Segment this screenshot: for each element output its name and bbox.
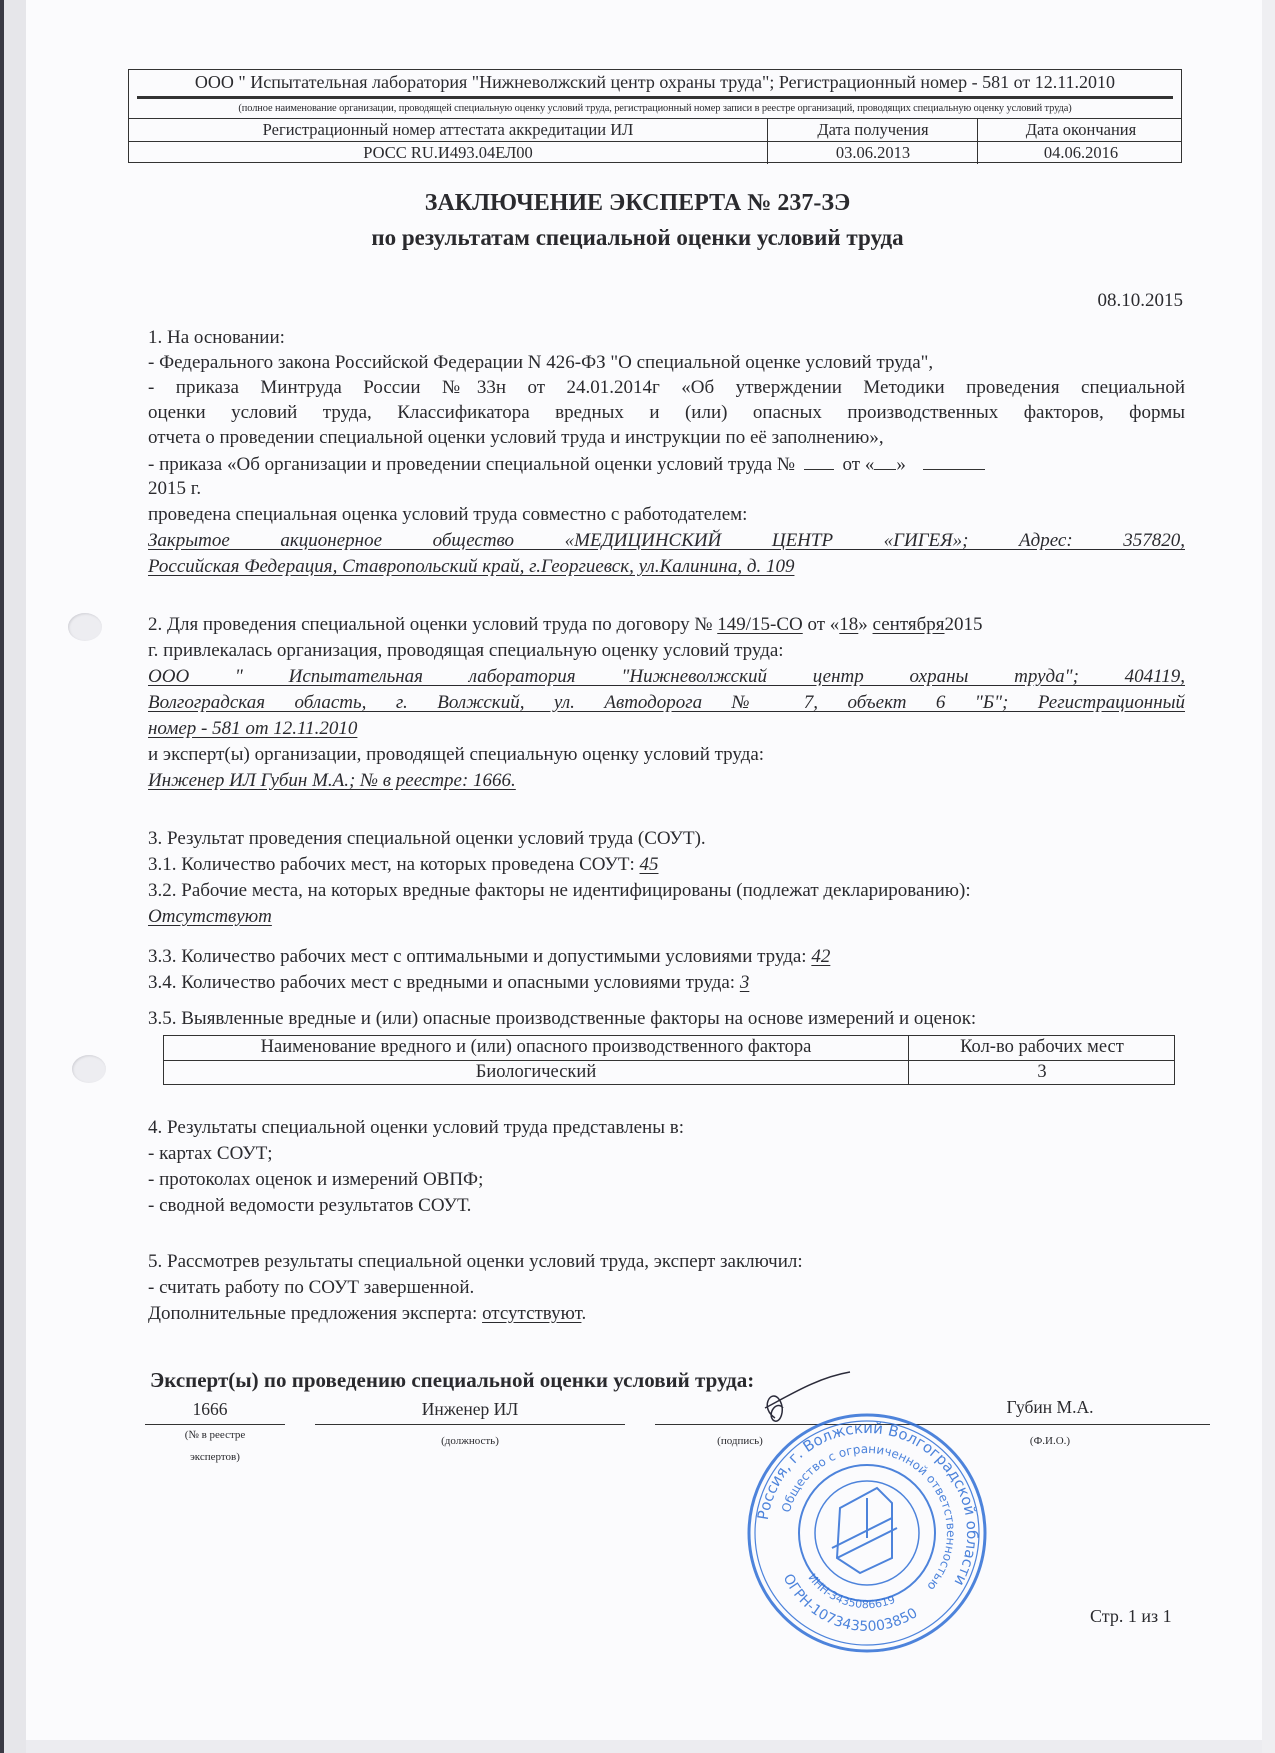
contract-text: 2. Для проведения специальной оценки усл…	[148, 614, 712, 635]
section1-heading: 1. На основании:	[148, 325, 1185, 350]
contract-year: 2015	[945, 614, 983, 635]
signatures-title: Эксперт(ы) по проведению специальной оце…	[150, 1368, 754, 1393]
contract-number: 149/15-СО	[717, 614, 803, 635]
factors-table-header: Наименование вредного и (или) опасного п…	[164, 1036, 1174, 1060]
item-3-3-label: 3.3. Количество рабочих мест с оптимальн…	[148, 946, 807, 967]
scanner-right-margin	[1262, 0, 1275, 1753]
section2-org-intro: г. привлекалась организация, проводящая …	[148, 638, 1185, 663]
employer-line1: Закрытое акционерное общество «МЕДИЦИНСК…	[148, 528, 1185, 553]
item-3-2-label: 3.2. Рабочие места, на которых вредные ф…	[148, 878, 1185, 903]
quote-close: »	[896, 454, 906, 475]
accreditation-value-row: РОСС RU.И493.04ЕЛ00 03.06.2013 04.06.201…	[129, 141, 1181, 164]
section5-heading: 5. Рассмотрев результаты специальной оце…	[148, 1249, 1185, 1274]
document-date: 08.10.2015	[1000, 290, 1183, 312]
employer-line2: Российская Федерация, Ставропольский кра…	[148, 554, 1185, 579]
list-item: - сводной ведомости результатов СОУТ.	[148, 1193, 1185, 1218]
item-3-1-label: 3.1. Количество рабочих мест, на которых…	[148, 854, 635, 875]
contract-month: сентября	[873, 614, 945, 635]
contract-day: 18	[839, 614, 858, 635]
registry-caption-2: экспертов)	[145, 1446, 285, 1468]
factors-table: Наименование вредного и (или) опасного п…	[163, 1035, 1175, 1085]
section2-org-line1: ООО " Испытательная лаборатория "Нижнево…	[148, 664, 1185, 689]
order-number-blank	[804, 451, 834, 470]
accreditation-table: Регистрационный номер аттестата аккредит…	[129, 118, 1181, 163]
item-3-3-value: 42	[811, 946, 830, 967]
column-header-expiry-date: Дата окончания	[977, 119, 1184, 141]
item-3-3: 3.3. Количество рабочих мест с оптимальн…	[148, 944, 1185, 969]
punch-hole	[72, 1055, 106, 1083]
item-3-1: 3.1. Количество рабочих мест, на которых…	[148, 852, 1185, 877]
workplace-count: 3	[908, 1061, 1175, 1085]
expiry-date: 04.06.2016	[977, 142, 1184, 164]
employer-intro: проведена специальная оценка условий тру…	[148, 502, 1185, 527]
section2-org-line2: Волгоградская область, г. Волжский, ул. …	[148, 690, 1185, 715]
position-line	[315, 1424, 625, 1425]
item-3-4: 3.4. Количество рабочих мест с вредными …	[148, 970, 1185, 995]
section1-order-line1: - приказа Минтруда России №33н от 24.01.…	[148, 375, 1185, 400]
period: .	[581, 1303, 586, 1324]
issue-date: 03.06.2013	[767, 142, 978, 164]
section2-contract-line: 2. Для проведения специальной оценки усл…	[148, 612, 1185, 637]
list-item: - картах СОУТ;	[148, 1141, 1185, 1166]
full-name-caption: (Ф.И.О.)	[985, 1430, 1115, 1452]
registry-caption-1: (№ в реестре	[145, 1424, 285, 1446]
proposals-value: отсутствуют	[482, 1303, 581, 1324]
section1-internal-order: - приказа «Об организации и проведении с…	[148, 451, 1185, 477]
section1-order-line3: отчета о проведении специальной оценки у…	[148, 425, 1185, 450]
section5-proposals: Дополнительные предложения эксперта: отс…	[148, 1301, 1185, 1326]
internal-order-from: от «	[843, 454, 875, 475]
item-3-2-value: Отсутствуют	[148, 904, 1185, 929]
quote-close: »	[858, 614, 868, 635]
section4-heading: 4. Результаты специальной оценки условий…	[148, 1115, 1185, 1140]
lab-organization-name: ООО " Испытательная лаборатория "Нижнево…	[129, 70, 1181, 94]
lab-header-frame: ООО " Испытательная лаборатория "Нижнево…	[128, 69, 1182, 163]
scanner-bottom-margin	[26, 1740, 1262, 1753]
section2-experts-value: Инженер ИЛ Губин М.А.; № в реестре: 1666…	[148, 768, 1185, 793]
expert-registry-number: 1666	[160, 1399, 260, 1420]
section3-heading: 3. Результат проведения специальной оцен…	[148, 826, 1185, 851]
punch-hole	[68, 613, 102, 641]
scanner-margin	[4, 0, 26, 1753]
organization-stamp: Россия, г. Волжский Волгоградской област…	[742, 1408, 992, 1658]
section2-org-line3: номер - 581 от 12.11.2010	[148, 716, 1185, 741]
section2-experts-intro: и эксперт(ы) организации, проводящей спе…	[148, 742, 1185, 767]
column-header-issue-date: Дата получения	[767, 119, 978, 141]
column-header-factor-name: Наименование вредного и (или) опасного п…	[164, 1036, 908, 1060]
internal-order-text: - приказа «Об организации и проведении с…	[148, 454, 795, 475]
list-item: - протоколах оценок и измерений ОВПФ;	[148, 1167, 1185, 1192]
factor-name: Биологический	[164, 1061, 908, 1085]
column-header-accreditation-number: Регистрационный номер аттестата аккредит…	[129, 119, 767, 141]
accreditation-header-row: Регистрационный номер аттестата аккредит…	[129, 119, 1181, 141]
position-caption: (должность)	[315, 1430, 625, 1452]
order-day-blank	[874, 451, 896, 470]
item-3-5-label: 3.5. Выявленные вредные и (или) опасные …	[148, 1006, 1185, 1031]
column-header-workplace-count: Кол-во рабочих мест	[908, 1036, 1175, 1060]
lab-organization-caption: (полное наименование организации, провод…	[129, 99, 1181, 118]
proposals-label: Дополнительные предложения эксперта:	[148, 1303, 477, 1324]
section1-law-item: - Федерального закона Российской Федерац…	[148, 350, 1185, 375]
document-title: ЗАКЛЮЧЕНИЕ ЭКСПЕРТА № 237-ЗЭ	[0, 190, 1275, 217]
item-3-1-value: 45	[640, 854, 659, 875]
page-number: Стр. 1 из 1	[1090, 1606, 1172, 1627]
item-3-4-label: 3.4. Количество рабочих мест с вредными …	[148, 972, 735, 993]
order-month-blank	[923, 451, 985, 470]
section1-order-line2: оценки условий труда, Классификатора вре…	[148, 400, 1185, 425]
section1-order-year: 2015 г.	[148, 476, 1185, 501]
expert-position: Инженер ИЛ	[315, 1399, 625, 1420]
contract-from: от «	[807, 614, 839, 635]
accreditation-number: РОСС RU.И493.04ЕЛ00	[129, 142, 767, 164]
section5-conclusion: - считать работу по СОУТ завершенной.	[148, 1275, 1185, 1300]
document-subtitle: по результатам специальной оценки услови…	[0, 225, 1275, 251]
table-row: Биологический 3	[164, 1060, 1174, 1085]
item-3-4-value: 3	[740, 972, 750, 993]
